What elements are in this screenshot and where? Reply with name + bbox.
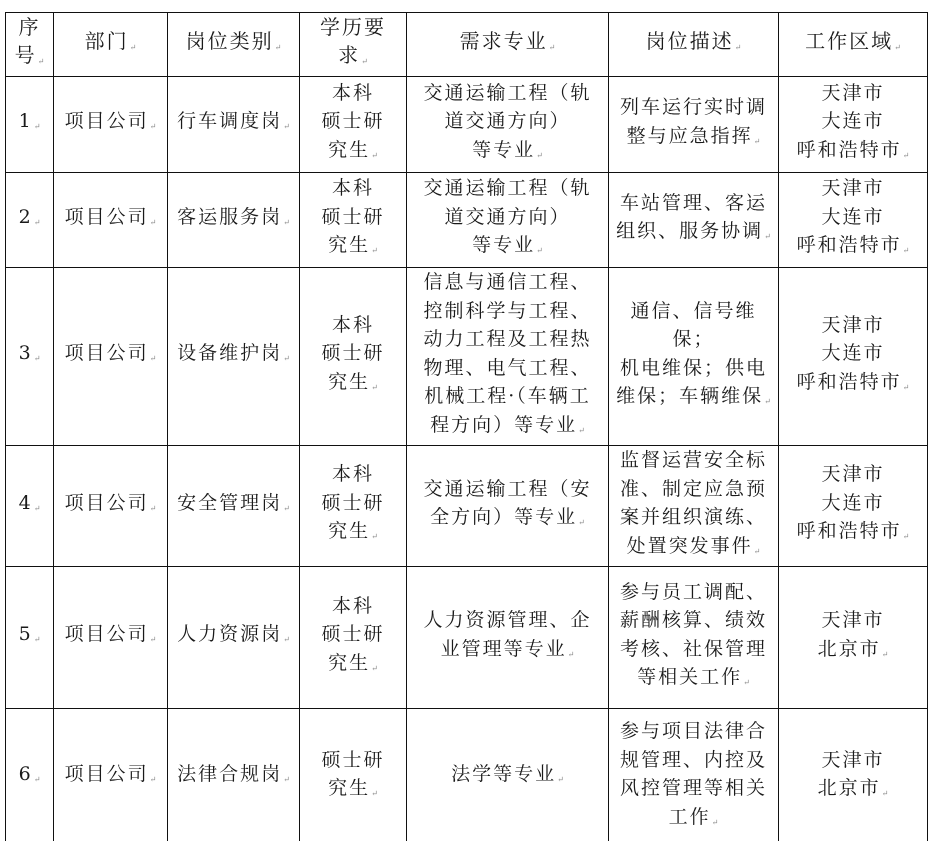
header-education-line: 求 — [306, 41, 400, 76]
major-line: 交通运输工程（轨 — [413, 79, 602, 108]
header-seq-line: 号 — [6, 41, 53, 76]
description-line: 维保；车辆维保 — [615, 382, 772, 417]
cell-category: 法律合规岗 — [168, 709, 300, 841]
cell-dept: 项目公司 — [54, 268, 168, 446]
cell-description: 监督运营安全标准、制定应急预案并组织演练、处置突发事件 — [609, 446, 779, 567]
table-row: 2项目公司客运服务岗本科硕士研究生交通运输工程（轨道交通方向）等专业车站管理、客… — [6, 173, 928, 268]
description-line: 工作 — [615, 803, 772, 838]
major-line: 控制科学与工程、 — [413, 297, 602, 326]
header-region-label: 工作区域 — [805, 29, 901, 53]
major-line: 道交通方向） — [413, 107, 602, 136]
education-line: 究生 — [306, 517, 400, 552]
description-line: 组织、服务协调 — [615, 217, 772, 252]
description-line: 通信、信号维保； — [615, 297, 772, 354]
education-line: 硕士研 — [306, 620, 400, 649]
cell-category: 设备维护岗 — [168, 268, 300, 446]
education-line: 硕士研 — [306, 339, 400, 368]
major-line: 法学等专业 — [413, 760, 602, 795]
dept-value: 项目公司 — [65, 110, 157, 132]
header-description-label: 岗位描述 — [646, 29, 742, 53]
major-line: 道交通方向） — [413, 203, 602, 232]
table-row: 5项目公司人力资源岗本科硕士研究生人力资源管理、企业管理等专业参与员工调配、薪酬… — [6, 567, 928, 709]
description-line: 机电维保；供电 — [615, 354, 772, 383]
region-line: 天津市 — [785, 746, 921, 775]
category-value: 设备维护岗 — [177, 342, 290, 364]
header-seq: 序 号 — [6, 13, 54, 77]
major-line: 信息与通信工程、 — [413, 268, 602, 297]
cell-major: 交通运输工程（轨道交通方向）等专业 — [407, 77, 609, 173]
category-value: 法律合规岗 — [177, 763, 290, 785]
cell-description: 列车运行实时调整与应急指挥 — [609, 77, 779, 173]
cell-education: 硕士研究生 — [300, 709, 407, 841]
cell-education: 本科硕士研究生 — [300, 173, 407, 268]
major-line: 等专业 — [413, 231, 602, 266]
cell-category: 人力资源岗 — [168, 567, 300, 709]
cell-dept: 项目公司 — [54, 567, 168, 709]
seq-value: 5 — [19, 623, 41, 645]
dept-value: 项目公司 — [65, 206, 157, 228]
cell-region: 天津市北京市 — [779, 709, 928, 841]
cell-category: 行车调度岗 — [168, 77, 300, 173]
region-line: 天津市 — [785, 460, 921, 489]
description-line: 案并组织演练、 — [615, 503, 772, 532]
education-line: 本科 — [306, 460, 400, 489]
cell-dept: 项目公司 — [54, 77, 168, 173]
category-value: 人力资源岗 — [177, 623, 290, 645]
education-line: 究生 — [306, 368, 400, 403]
region-line: 呼和浩特市 — [785, 231, 921, 266]
seq-value: 2 — [19, 206, 41, 228]
category-value: 行车调度岗 — [177, 110, 290, 132]
description-line: 监督运营安全标 — [615, 446, 772, 475]
cell-education: 本科硕士研究生 — [300, 77, 407, 173]
region-line: 天津市 — [785, 79, 921, 108]
cell-description: 参与员工调配、薪酬核算、绩效考核、社保管理等相关工作 — [609, 567, 779, 709]
header-dept-label: 部门 — [85, 29, 137, 53]
dept-value: 项目公司 — [65, 492, 157, 514]
dept-value: 项目公司 — [65, 342, 157, 364]
region-line: 呼和浩特市 — [785, 136, 921, 171]
description-line: 薪酬核算、绩效 — [615, 606, 772, 635]
education-line: 本科 — [306, 592, 400, 621]
region-line: 天津市 — [785, 174, 921, 203]
region-line: 大连市 — [785, 107, 921, 136]
table-row: 3项目公司设备维护岗本科硕士研究生信息与通信工程、控制科学与工程、动力工程及工程… — [6, 268, 928, 446]
major-line: 动力工程及工程热 — [413, 325, 602, 354]
education-line: 究生 — [306, 774, 400, 809]
education-line: 硕士研 — [306, 489, 400, 518]
major-line: 机械工程·（车辆工 — [413, 382, 602, 411]
education-line: 本科 — [306, 79, 400, 108]
header-major: 需求专业 — [407, 13, 609, 77]
header-category: 岗位类别 — [168, 13, 300, 77]
cell-dept: 项目公司 — [54, 446, 168, 567]
seq-value: 6 — [19, 763, 41, 785]
cell-major: 交通运输工程（轨道交通方向）等专业 — [407, 173, 609, 268]
header-category-label: 岗位类别 — [186, 29, 282, 53]
region-line: 天津市 — [785, 311, 921, 340]
seq-value: 1 — [19, 110, 41, 132]
cell-seq: 2 — [6, 173, 54, 268]
major-line: 全方向）等专业 — [413, 503, 602, 538]
education-line: 本科 — [306, 311, 400, 340]
description-line: 列车运行实时调 — [615, 93, 772, 122]
cell-education: 本科硕士研究生 — [300, 446, 407, 567]
table-row: 1项目公司行车调度岗本科硕士研究生交通运输工程（轨道交通方向）等专业列车运行实时… — [6, 77, 928, 173]
education-line: 硕士研 — [306, 746, 400, 775]
education-line: 硕士研 — [306, 107, 400, 136]
header-education-line: 学历要 — [306, 13, 400, 41]
description-line: 风控管理等相关 — [615, 774, 772, 803]
description-line: 规管理、内控及 — [615, 746, 772, 775]
region-line: 大连市 — [785, 203, 921, 232]
cell-major: 交通运输工程（安全方向）等专业 — [407, 446, 609, 567]
region-line: 大连市 — [785, 339, 921, 368]
cell-category: 安全管理岗 — [168, 446, 300, 567]
dept-value: 项目公司 — [65, 623, 157, 645]
cell-region: 天津市大连市呼和浩特市 — [779, 446, 928, 567]
description-line: 车站管理、客运 — [615, 189, 772, 218]
dept-value: 项目公司 — [65, 763, 157, 785]
cell-dept: 项目公司 — [54, 709, 168, 841]
cell-description: 参与项目法律合规管理、内控及风控管理等相关工作 — [609, 709, 779, 841]
header-region: 工作区域 — [779, 13, 928, 77]
major-line: 人力资源管理、企 — [413, 606, 602, 635]
major-line: 交通运输工程（安 — [413, 475, 602, 504]
education-line: 本科 — [306, 174, 400, 203]
cell-category: 客运服务岗 — [168, 173, 300, 268]
header-major-label: 需求专业 — [460, 29, 556, 53]
description-line: 参与员工调配、 — [615, 578, 772, 607]
description-line: 等相关工作 — [615, 663, 772, 698]
table-row: 4项目公司安全管理岗本科硕士研究生交通运输工程（安全方向）等专业监督运营安全标准… — [6, 446, 928, 567]
cell-major: 人力资源管理、企业管理等专业 — [407, 567, 609, 709]
education-line: 硕士研 — [306, 203, 400, 232]
major-line: 等专业 — [413, 136, 602, 171]
description-line: 参与项目法律合 — [615, 717, 772, 746]
region-line: 呼和浩特市 — [785, 368, 921, 403]
cell-description: 通信、信号维保；机电维保；供电维保；车辆维保 — [609, 268, 779, 446]
cell-seq: 3 — [6, 268, 54, 446]
major-line: 程方向）等专业 — [413, 411, 602, 446]
major-line: 业管理等专业 — [413, 635, 602, 670]
education-line: 究生 — [306, 649, 400, 684]
cell-dept: 项目公司 — [54, 173, 168, 268]
cell-region: 天津市大连市呼和浩特市 — [779, 268, 928, 446]
cell-major: 信息与通信工程、控制科学与工程、动力工程及工程热物理、电气工程、机械工程·（车辆… — [407, 268, 609, 446]
seq-value: 3 — [19, 342, 41, 364]
cell-region: 天津市北京市 — [779, 567, 928, 709]
major-line: 交通运输工程（轨 — [413, 174, 602, 203]
header-seq-line: 序 — [6, 13, 53, 41]
cell-seq: 1 — [6, 77, 54, 173]
table-row: 6项目公司法律合规岗硕士研究生法学等专业参与项目法律合规管理、内控及风控管理等相… — [6, 709, 928, 841]
category-value: 客运服务岗 — [177, 206, 290, 228]
region-line: 北京市 — [785, 635, 921, 670]
description-line: 处置突发事件 — [615, 532, 772, 567]
header-education: 学历要 求 — [300, 13, 407, 77]
table-header-row: 序 号 部门 岗位类别 学历要 求 需求专业 岗位描述 工作区域 — [6, 13, 928, 77]
job-positions-table: 序 号 部门 岗位类别 学历要 求 需求专业 岗位描述 工作区域 1项目公司行车… — [5, 12, 928, 841]
cell-seq: 5 — [6, 567, 54, 709]
cell-region: 天津市大连市呼和浩特市 — [779, 173, 928, 268]
region-line: 北京市 — [785, 774, 921, 809]
education-line: 究生 — [306, 136, 400, 171]
description-line: 准、制定应急预 — [615, 475, 772, 504]
header-dept: 部门 — [54, 13, 168, 77]
cell-seq: 6 — [6, 709, 54, 841]
cell-education: 本科硕士研究生 — [300, 567, 407, 709]
cell-seq: 4 — [6, 446, 54, 567]
cell-education: 本科硕士研究生 — [300, 268, 407, 446]
seq-value: 4 — [19, 492, 41, 514]
cell-description: 车站管理、客运组织、服务协调 — [609, 173, 779, 268]
category-value: 安全管理岗 — [177, 492, 290, 514]
region-line: 天津市 — [785, 606, 921, 635]
region-line: 大连市 — [785, 489, 921, 518]
region-line: 呼和浩特市 — [785, 517, 921, 552]
description-line: 整与应急指挥 — [615, 122, 772, 157]
cell-major: 法学等专业 — [407, 709, 609, 841]
education-line: 究生 — [306, 231, 400, 266]
major-line: 物理、电气工程、 — [413, 354, 602, 383]
header-description: 岗位描述 — [609, 13, 779, 77]
cell-region: 天津市大连市呼和浩特市 — [779, 77, 928, 173]
description-line: 考核、社保管理 — [615, 635, 772, 664]
